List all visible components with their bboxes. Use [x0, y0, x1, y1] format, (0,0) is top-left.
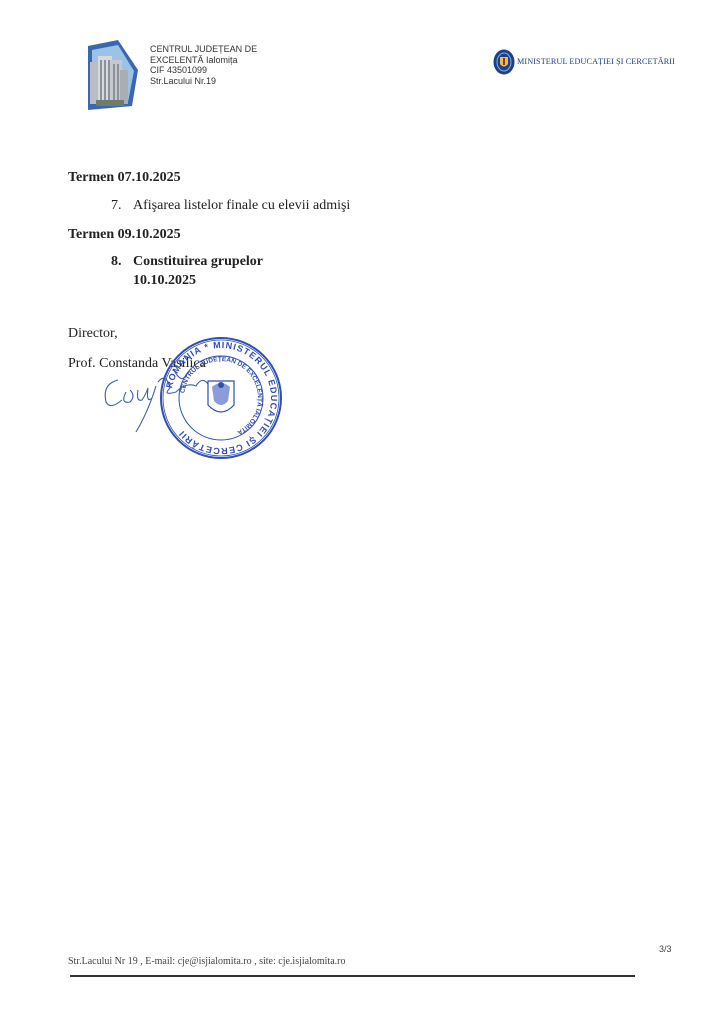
footer-address: Str.Lacului Nr 19 , E-mail: cje@isjialom… — [68, 956, 345, 967]
ministry-name: MINISTERUL EDUCAȚIEI ȘI CERCETĂRII — [517, 57, 675, 66]
institution-logo — [80, 40, 140, 112]
official-stamp: ROMÂNIA * MINISTERUL EDUCAȚIEI ȘI CERCET… — [158, 335, 284, 461]
building-logo-icon — [80, 40, 140, 112]
institution-cif: CIF 43501099 — [150, 65, 257, 76]
signatory-role: Director, — [68, 326, 118, 342]
ministry-logo — [493, 49, 515, 75]
institution-info: CENTRUL JUDEȚEAN DE EXCELENTĂ Ialomița C… — [150, 44, 257, 86]
institution-address: Str.Lacului Nr.19 — [150, 76, 257, 87]
list-item-text-7: Afişarea listelor finale cu elevii admiş… — [133, 198, 350, 214]
list-item-number-7: 7. — [111, 198, 122, 214]
list-item-date-8: 10.10.2025 — [133, 273, 196, 289]
deadline-heading-1: Termen 07.10.2025 — [68, 170, 181, 186]
list-item-number-8: 8. — [111, 254, 122, 270]
deadline-heading-2: Termen 09.10.2025 — [68, 227, 181, 243]
list-item-text-8: Constituirea grupelor — [133, 254, 263, 270]
romanian-coat-of-arms-icon — [493, 49, 515, 75]
footer-divider — [70, 975, 635, 977]
institution-name-line-1: CENTRUL JUDEȚEAN DE — [150, 44, 257, 55]
institution-name-line-2: EXCELENTĂ Ialomița — [150, 55, 257, 66]
page-number: 3/3 — [659, 944, 672, 954]
round-stamp-icon: ROMÂNIA * MINISTERUL EDUCAȚIEI ȘI CERCET… — [158, 335, 284, 461]
